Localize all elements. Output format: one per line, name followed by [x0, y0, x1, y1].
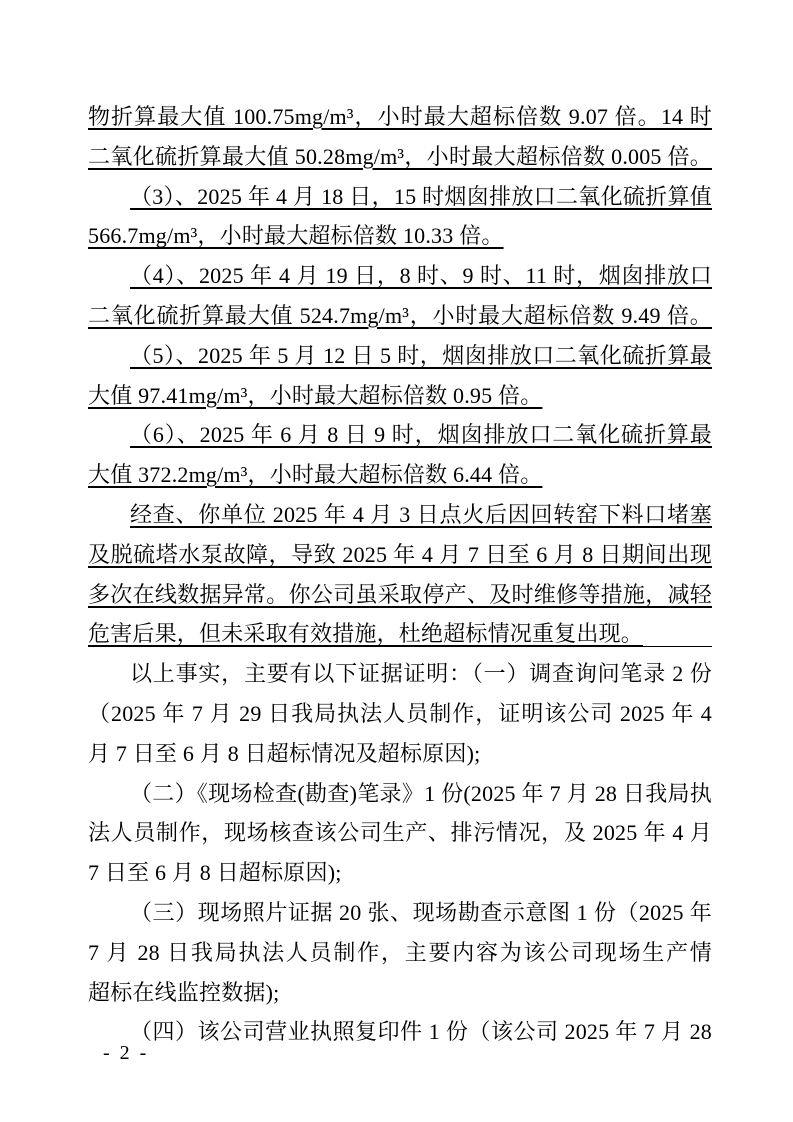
text-line-content: 法人员制作，现场核查该公司生产、排污情况，及 2025 年 4 月 [88, 820, 712, 845]
text-line: 超标在线监控数据); [88, 973, 712, 1013]
text-line: 7 日至 6 月 8 日超标原因); [88, 853, 712, 893]
underline-extension [643, 614, 712, 647]
text-line-content: 7 日至 6 月 8 日超标原因); [88, 860, 342, 885]
page-number: - 2 - [103, 1037, 149, 1069]
text-line: 法人员制作，现场核查该公司生产、排污情况，及 2025 年 4 月 [88, 813, 712, 853]
text-line: （四）该公司营业执照复印件 1 份（该公司 2025 年 7 月 28 [88, 1012, 712, 1052]
text-line-content: 566.7mg/m³，小时最大超标倍数 10.33 倍。 [88, 223, 504, 248]
text-line: （3）、2025 年 4 月 18 日，15 时烟囱排放口二氧化硫折算值 [88, 177, 712, 217]
text-line-content: （3）、2025 年 4 月 18 日，15 时烟囱排放口二氧化硫折算值 [130, 184, 712, 209]
text-line-content: 二氧化硫折算最大值 524.7mg/m³，小时最大超标倍数 9.49 倍。 [88, 303, 712, 328]
text-line: 月 7 日至 6 月 8 日超标情况及超标原因); [88, 734, 712, 774]
text-line: 物折算最大值 100.75mg/m³，小时最大超标倍数 9.07 倍。14 时 [88, 97, 712, 137]
text-line: 大值 97.41mg/m³，小时最大超标倍数 0.95 倍。 [88, 376, 712, 416]
text-line: 二氧化硫折算最大值 50.28mg/m³，小时最大超标倍数 0.005 倍。 [88, 137, 712, 177]
text-line: 以上事实，主要有以下证据证明：（一）调查询问笔录 2 份 [88, 654, 712, 694]
text-line-content: 大值 97.41mg/m³，小时最大超标倍数 0.95 倍。 [88, 383, 542, 408]
text-line: 经查、你单位 2025 年 4 月 3 日点火后因回转窑下料口堵塞 [88, 495, 712, 535]
text-line-content: 超标在线监控数据); [88, 980, 279, 1005]
text-line: 二氧化硫折算最大值 524.7mg/m³，小时最大超标倍数 9.49 倍。 [88, 296, 712, 336]
text-line: 危害后果，但未采取有效措施，杜绝超标情况重复出现。 [88, 614, 712, 654]
text-line-content: （三）现场照片证据 20 张、现场勘查示意图 1 份（2025 年 [130, 900, 712, 925]
text-line: 多次在线数据异常。你公司虽采取停产、及时维修等措施，减轻 [88, 575, 712, 615]
text-line: （6）、2025 年 6 月 8 日 9 时，烟囱排放口二氧化硫折算最 [88, 415, 712, 455]
text-line: （二）《现场检查(勘查)笔录》1 份(2025 年 7 月 28 日我局执 [88, 774, 712, 814]
document-page: 物折算最大值 100.75mg/m³，小时最大超标倍数 9.07 倍。14 时二… [0, 0, 793, 1122]
document-body: 物折算最大值 100.75mg/m³，小时最大超标倍数 9.07 倍。14 时二… [88, 97, 712, 1052]
text-line-content: 多次在线数据异常。你公司虽采取停产、及时维修等措施，减轻 [88, 582, 712, 607]
text-line-content: 以上事实，主要有以下证据证明：（一）调查询问笔录 2 份 [130, 661, 712, 686]
text-line: （5）、2025 年 5 月 12 日 5 时，烟囱排放口二氧化硫折算最 [88, 336, 712, 376]
text-line: 及脱硫塔水泵故障，导致 2025 年 4 月 7 日至 6 月 8 日期间出现 [88, 535, 712, 575]
text-line-content: 大值 372.2mg/m³，小时最大超标倍数 6.44 倍。 [88, 462, 542, 487]
text-line-content: 及脱硫塔水泵故障，导致 2025 年 4 月 7 日至 6 月 8 日期间出现 [88, 542, 712, 567]
text-line-content: （二）《现场检查(勘查)笔录》1 份(2025 年 7 月 28 日我局执 [130, 781, 712, 806]
text-line-content: 7 月 28 日我局执法人员制作，主要内容为该公司现场生产情况、 [88, 940, 712, 973]
text-line-content: 二氧化硫折算最大值 50.28mg/m³，小时最大超标倍数 0.005 倍。 [88, 144, 712, 169]
text-line: 大值 372.2mg/m³，小时最大超标倍数 6.44 倍。 [88, 455, 712, 495]
text-line: 7 月 28 日我局执法人员制作，主要内容为该公司现场生产情况、 [88, 933, 712, 973]
text-line-content: 物折算最大值 100.75mg/m³，小时最大超标倍数 9.07 倍。14 时 [88, 104, 712, 129]
text-line-content: 经查、你单位 2025 年 4 月 3 日点火后因回转窑下料口堵塞 [130, 502, 712, 527]
text-line: 566.7mg/m³，小时最大超标倍数 10.33 倍。 [88, 216, 712, 256]
text-line-content: （4）、2025 年 4 月 19 日，8 时、9 时、11 时，烟囱排放口 [130, 263, 712, 288]
text-line: （4）、2025 年 4 月 19 日，8 时、9 时、11 时，烟囱排放口 [88, 256, 712, 296]
text-line-content: （6）、2025 年 6 月 8 日 9 时，烟囱排放口二氧化硫折算最 [130, 422, 712, 447]
text-line: （三）现场照片证据 20 张、现场勘查示意图 1 份（2025 年 [88, 893, 712, 933]
text-line-content: 危害后果，但未采取有效措施，杜绝超标情况重复出现。 [88, 614, 643, 654]
text-line: （2025 年 7 月 29 日我局执法人员制作，证明该公司 2025 年 4 [88, 694, 712, 734]
text-line-content: 月 7 日至 6 月 8 日超标情况及超标原因); [88, 741, 480, 766]
text-line-content: （5）、2025 年 5 月 12 日 5 时，烟囱排放口二氧化硫折算最 [130, 343, 712, 368]
text-line-content: （2025 年 7 月 29 日我局执法人员制作，证明该公司 2025 年 4 [88, 701, 712, 726]
text-line-content: （四）该公司营业执照复印件 1 份（该公司 2025 年 7 月 28 [130, 1019, 712, 1044]
